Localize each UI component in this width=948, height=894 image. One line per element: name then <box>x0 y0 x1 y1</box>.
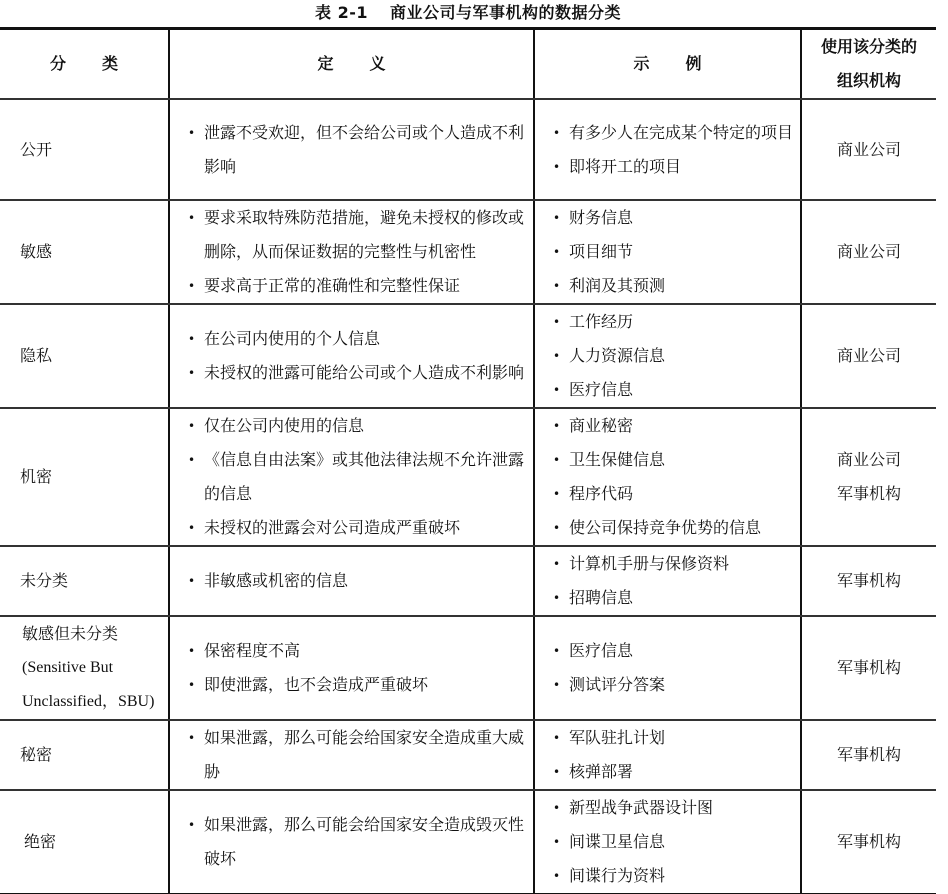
example-item: 医疗信息 <box>553 634 794 668</box>
definition-item: 保密程度不高 <box>188 634 527 668</box>
category-cell: 隐私 <box>0 304 169 408</box>
example-item: 间谍行为资料 <box>553 859 794 893</box>
definition-item: 在公司内使用的个人信息 <box>188 322 527 356</box>
definition-item: 仅在公司内使用的信息 <box>188 409 527 443</box>
table-number: 表 2-1 <box>315 3 368 22</box>
table-header-row: 分类 定义 示例 使用该分类的 组织机构 <box>0 29 936 100</box>
definition-cell: 非敏感或机密的信息 <box>169 546 534 616</box>
table-row: 未分类 非敏感或机密的信息 计算机手册与保修资料 招聘信息 军事机构 <box>0 546 936 616</box>
header-examples: 示例 <box>534 29 801 100</box>
definition-cell: 在公司内使用的个人信息 未授权的泄露可能给公司或个人造成不利影响 <box>169 304 534 408</box>
organization-cell: 商业公司 <box>801 200 936 304</box>
organization-cell: 商业公司 <box>801 99 936 200</box>
table-row: 敏感但未分类 (Sensitive But Unclassified，SBU) … <box>0 616 936 720</box>
category-cell: 敏感 <box>0 200 169 304</box>
table-row: 秘密 如果泄露，那么可能会给国家安全造成重大威胁 军队驻扎计划 核弹部署 军事机… <box>0 720 936 790</box>
example-item: 核弹部署 <box>553 755 794 789</box>
definition-item: 如果泄露，那么可能会给国家安全造成毁灭性破坏 <box>188 808 527 876</box>
organization-cell: 商业公司 <box>801 304 936 408</box>
definition-item: 《信息自由法案》或其他法律法规不允许泄露的信息 <box>188 443 527 511</box>
definition-item: 未授权的泄露会对公司造成严重破坏 <box>188 511 527 545</box>
examples-cell: 新型战争武器设计图 间谍卫星信息 间谍行为资料 <box>534 790 801 894</box>
category-cell: 绝密 <box>0 790 169 894</box>
definition-cell: 保密程度不高 即使泄露，也不会造成严重破坏 <box>169 616 534 720</box>
category-label: 敏感但未分类 <box>22 617 168 651</box>
example-item: 即将开工的项目 <box>553 150 794 184</box>
category-cell: 敏感但未分类 (Sensitive But Unclassified，SBU) <box>0 616 169 720</box>
table-title: 商业公司与军事机构的数据分类 <box>390 3 621 22</box>
example-item: 商业秘密 <box>553 409 794 443</box>
table-row: 绝密 如果泄露，那么可能会给国家安全造成毁灭性破坏 新型战争武器设计图 间谍卫星… <box>0 790 936 894</box>
example-item: 人力资源信息 <box>553 339 794 373</box>
table-row: 机密 仅在公司内使用的信息 《信息自由法案》或其他法律法规不允许泄露的信息 未授… <box>0 408 936 546</box>
definition-cell: 泄露不受欢迎，但不会给公司或个人造成不利影响 <box>169 99 534 200</box>
example-item: 卫生保健信息 <box>553 443 794 477</box>
category-cell: 秘密 <box>0 720 169 790</box>
table-row: 公开 泄露不受欢迎，但不会给公司或个人造成不利影响 有多少人在完成某个特定的项目… <box>0 99 936 200</box>
example-item: 有多少人在完成某个特定的项目 <box>553 116 794 150</box>
definition-item: 非敏感或机密的信息 <box>188 564 527 598</box>
header-organizations: 使用该分类的 组织机构 <box>801 29 936 100</box>
organization-cell: 军事机构 <box>801 790 936 894</box>
organization-cell: 军事机构 <box>801 720 936 790</box>
definition-item: 泄露不受欢迎，但不会给公司或个人造成不利影响 <box>188 116 527 184</box>
example-item: 项目细节 <box>553 235 794 269</box>
organization-cell: 军事机构 <box>801 616 936 720</box>
example-item: 程序代码 <box>553 477 794 511</box>
table-row: 隐私 在公司内使用的个人信息 未授权的泄露可能给公司或个人造成不利影响 工作经历… <box>0 304 936 408</box>
organization-cell: 军事机构 <box>801 546 936 616</box>
examples-cell: 工作经历 人力资源信息 医疗信息 <box>534 304 801 408</box>
example-item: 利润及其预测 <box>553 269 794 303</box>
examples-cell: 医疗信息 测试评分答案 <box>534 616 801 720</box>
example-item: 测试评分答案 <box>553 668 794 702</box>
example-item: 使公司保持竞争优势的信息 <box>553 511 794 545</box>
definition-item: 未授权的泄露可能给公司或个人造成不利影响 <box>188 356 527 390</box>
data-classification-table: 分类 定义 示例 使用该分类的 组织机构 公开 泄露不受欢迎，但不会给公司或个人… <box>0 27 936 894</box>
definition-item: 要求高于正常的准确性和完整性保证 <box>188 269 527 303</box>
examples-cell: 计算机手册与保修资料 招聘信息 <box>534 546 801 616</box>
examples-cell: 军队驻扎计划 核弹部署 <box>534 720 801 790</box>
definition-item: 要求采取特殊防范措施，避免未授权的修改或删除，从而保证数据的完整性与机密性 <box>188 201 527 269</box>
example-item: 财务信息 <box>553 201 794 235</box>
definition-item: 即使泄露，也不会造成严重破坏 <box>188 668 527 702</box>
example-item: 医疗信息 <box>553 373 794 407</box>
category-label-en: (Sensitive But <box>22 651 168 685</box>
examples-cell: 有多少人在完成某个特定的项目 即将开工的项目 <box>534 99 801 200</box>
definition-cell: 仅在公司内使用的信息 《信息自由法案》或其他法律法规不允许泄露的信息 未授权的泄… <box>169 408 534 546</box>
table-caption: 表 2-1商业公司与军事机构的数据分类 <box>0 2 936 24</box>
category-cell: 公开 <box>0 99 169 200</box>
example-item: 军队驻扎计划 <box>553 721 794 755</box>
examples-cell: 商业秘密 卫生保健信息 程序代码 使公司保持竞争优势的信息 <box>534 408 801 546</box>
table-row: 敏感 要求采取特殊防范措施，避免未授权的修改或删除，从而保证数据的完整性与机密性… <box>0 200 936 304</box>
example-item: 间谍卫星信息 <box>553 825 794 859</box>
examples-cell: 财务信息 项目细节 利润及其预测 <box>534 200 801 304</box>
example-item: 计算机手册与保修资料 <box>553 547 794 581</box>
definition-cell: 要求采取特殊防范措施，避免未授权的修改或删除，从而保证数据的完整性与机密性 要求… <box>169 200 534 304</box>
header-category: 分类 <box>0 29 169 100</box>
header-definition: 定义 <box>169 29 534 100</box>
category-label-en: Unclassified，SBU) <box>22 685 168 719</box>
definition-item: 如果泄露，那么可能会给国家安全造成重大威胁 <box>188 721 527 789</box>
example-item: 新型战争武器设计图 <box>553 791 794 825</box>
category-cell: 未分类 <box>0 546 169 616</box>
example-item: 工作经历 <box>553 305 794 339</box>
definition-cell: 如果泄露，那么可能会给国家安全造成毁灭性破坏 <box>169 790 534 894</box>
definition-cell: 如果泄露，那么可能会给国家安全造成重大威胁 <box>169 720 534 790</box>
example-item: 招聘信息 <box>553 581 794 615</box>
category-cell: 机密 <box>0 408 169 546</box>
organization-cell: 商业公司 军事机构 <box>801 408 936 546</box>
